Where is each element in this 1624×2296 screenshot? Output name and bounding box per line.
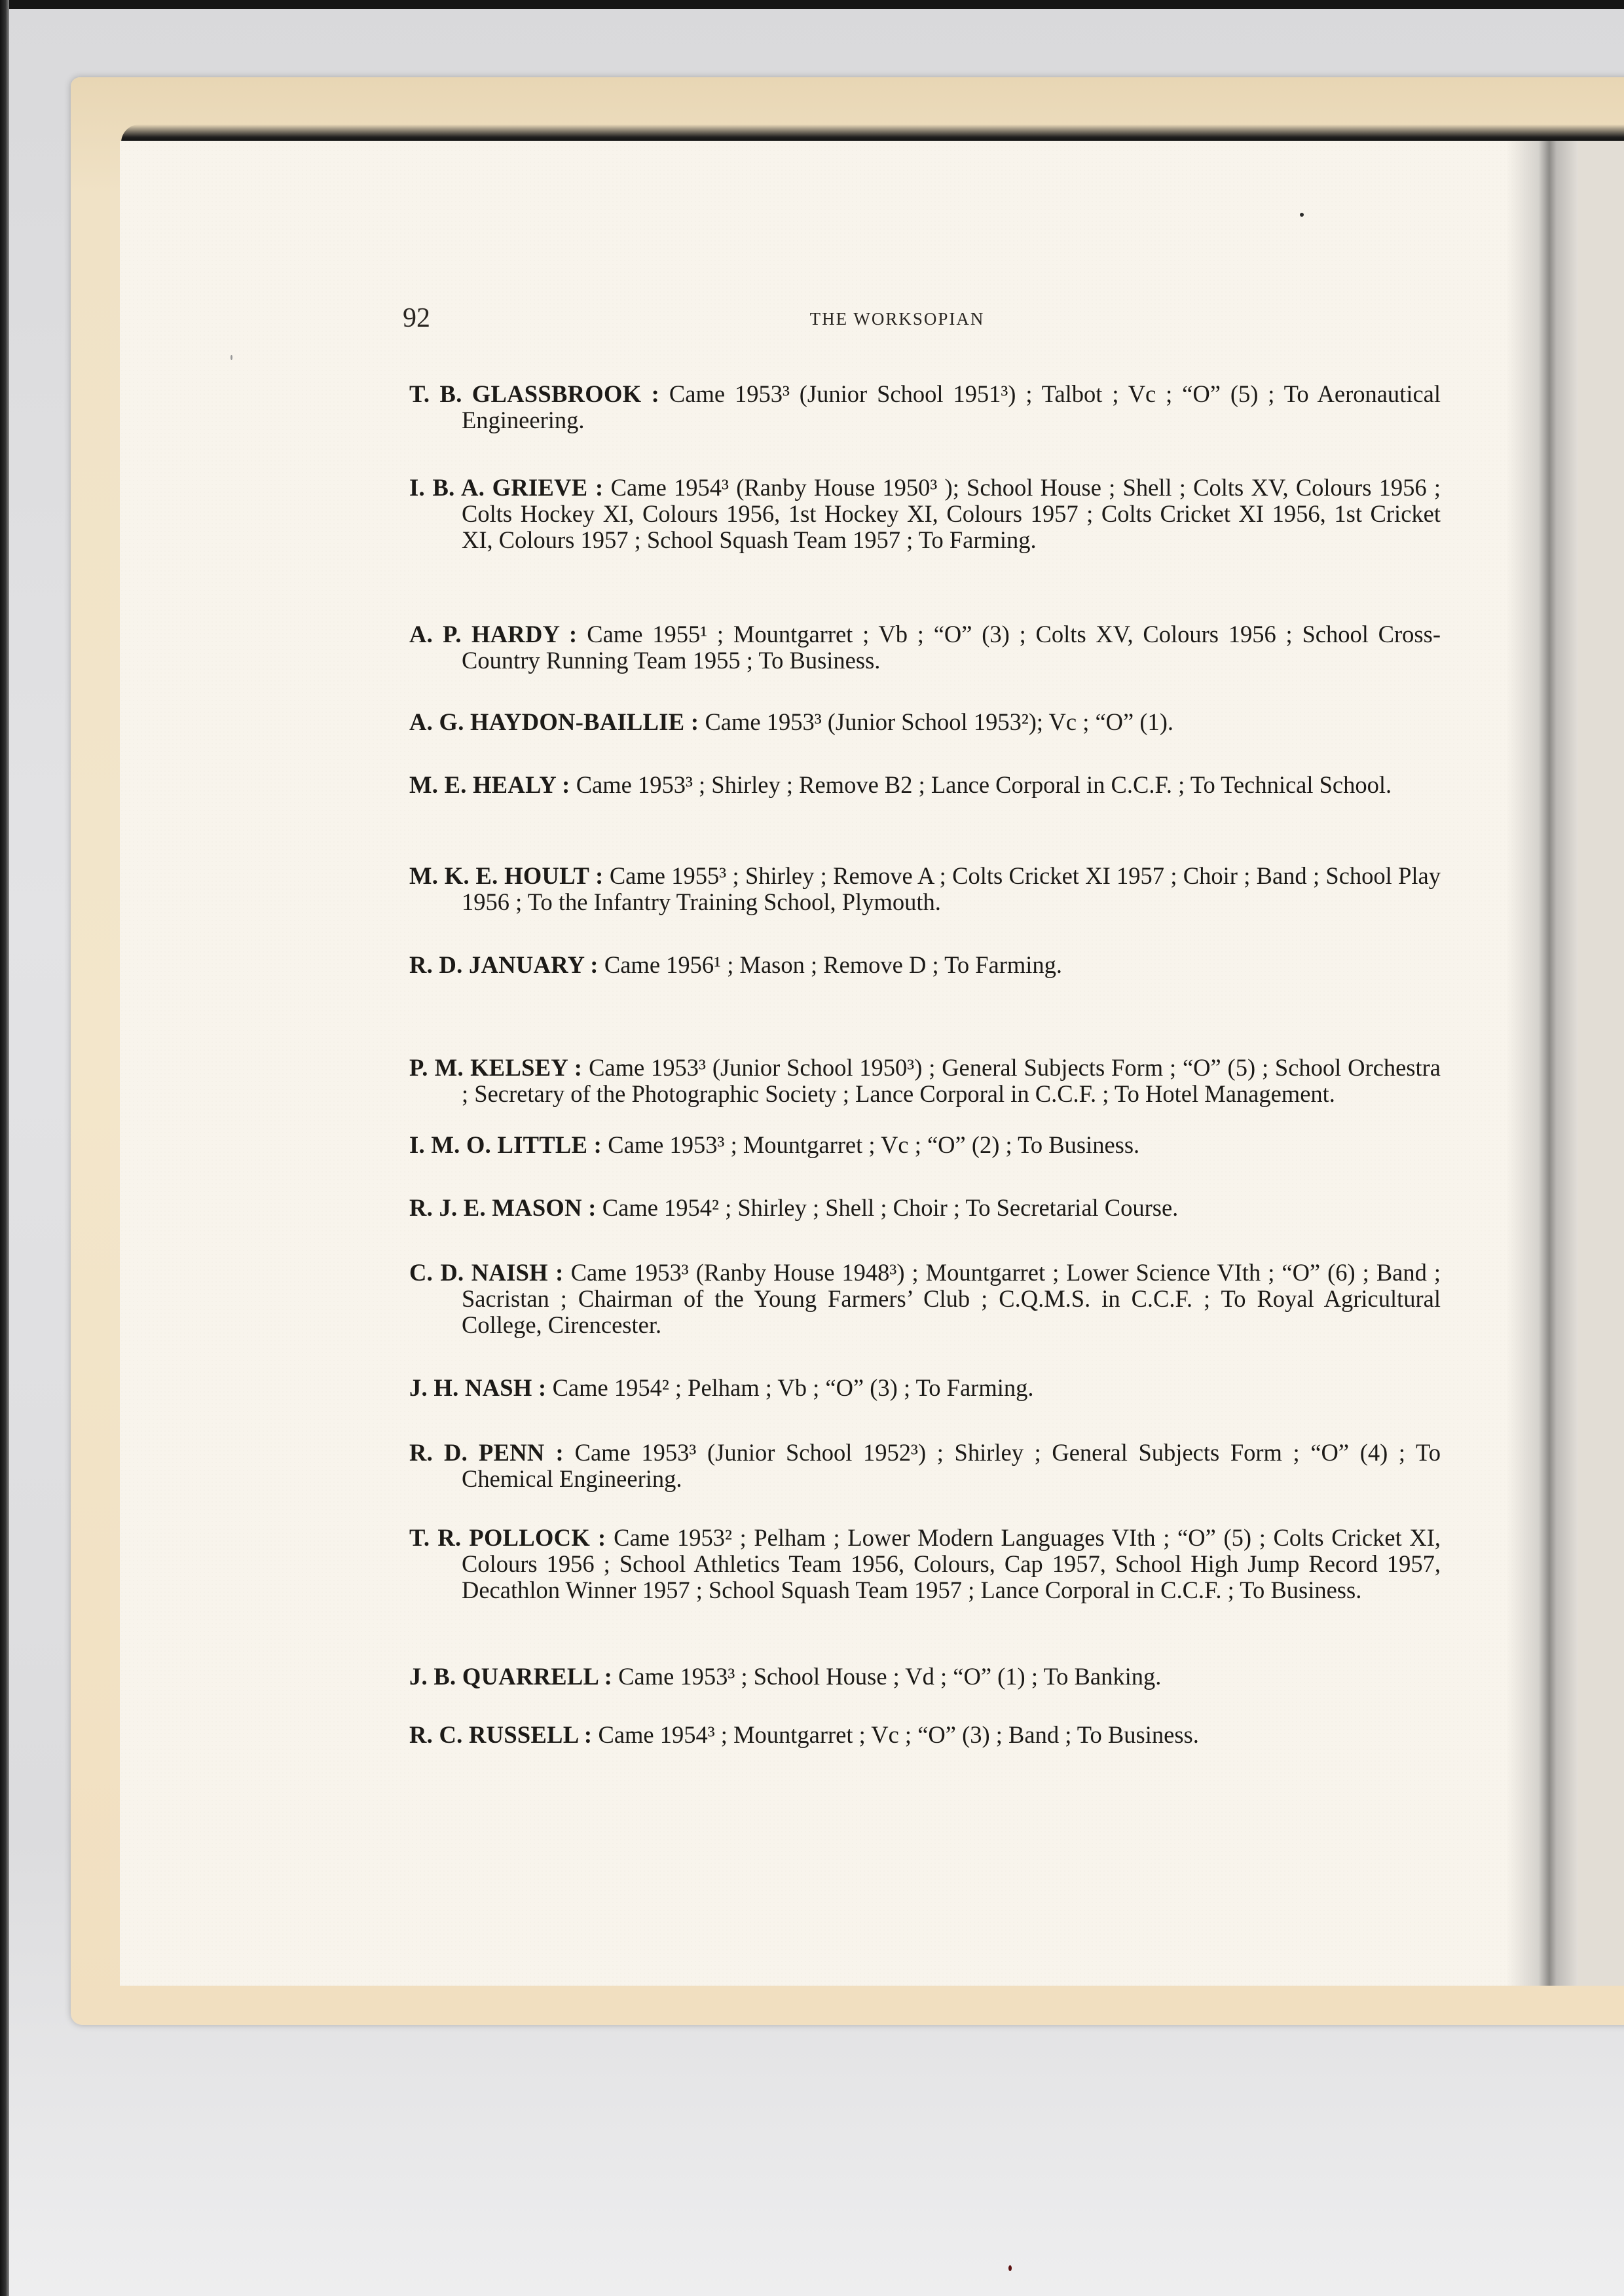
entry-text: Came 1953³ ; School House ; Vd ; “O” (1)… [618, 1663, 1161, 1690]
entry-name: R. C. RUSSELL : [409, 1721, 592, 1748]
entry-text: Came 1956¹ ; Mason ; Remove D ; To Farmi… [604, 951, 1062, 978]
entry-name: T. R. POLLOCK : [409, 1524, 606, 1551]
entry-text: Came 1953³ (Junior School 1953²); Vc ; “… [705, 708, 1173, 735]
entry-name: A. G. HAYDON-BAILLIE : [409, 708, 699, 735]
entry-kelsey: P. M. KELSEY : Came 1953³ (Junior School… [409, 1055, 1441, 1107]
entry-text: Came 1953³ (Ranby House 1948³) ; Mountga… [462, 1259, 1441, 1338]
entry-hardy: A. P. HARDY : Came 1955¹ ; Mountgarret ;… [409, 621, 1441, 674]
entry-quarrell: J. B. QUARRELL : Came 1953³ ; School Hou… [409, 1664, 1441, 1690]
facing-page-edge [1578, 141, 1624, 1986]
entry-little: I. M. O. LITTLE : Came 1953³ ; Mountgarr… [409, 1132, 1441, 1158]
entry-text: Came 1954³ ; Mountgarret ; Vc ; “O” (3) … [598, 1721, 1198, 1748]
page-number: 92 [403, 302, 430, 334]
entry-text: Came 1954² ; Shirley ; Shell ; Choir ; T… [602, 1194, 1179, 1221]
entry-glassbrook: T. B. GLASSBROOK : Came 1953³ (Junior Sc… [409, 381, 1441, 433]
entry-name: R. D. PENN : [409, 1439, 564, 1466]
cover-shadow [121, 124, 1624, 143]
entry-name: A. P. HARDY : [409, 621, 577, 647]
entry-text: Came 1953³ ; Shirley ; Remove B2 ; Lance… [576, 771, 1392, 798]
entry-name: T. B. GLASSBROOK : [409, 380, 659, 407]
entry-text: Came 1953³ (Junior School 1952³) ; Shirl… [462, 1439, 1441, 1492]
entry-name: I. M. O. LITTLE : [409, 1131, 602, 1158]
entry-hoult: M. K. E. HOULT : Came 1955³ ; Shirley ; … [409, 863, 1441, 915]
entry-name: R. D. JANUARY : [409, 951, 599, 978]
entry-penn: R. D. PENN : Came 1953³ (Junior School 1… [409, 1440, 1441, 1492]
entry-grieve: I. B. A. GRIEVE : Came 1954³ (Ranby Hous… [409, 475, 1441, 553]
entry-russell: R. C. RUSSELL : Came 1954³ ; Mountgarret… [409, 1722, 1441, 1748]
entry-haydon-baillie: A. G. HAYDON-BAILLIE : Came 1953³ (Junio… [409, 709, 1441, 735]
spine-gutter [1506, 141, 1578, 1986]
entry-healy: M. E. HEALY : Came 1953³ ; Shirley ; Rem… [409, 772, 1441, 798]
entry-name: R. J. E. MASON : [409, 1194, 597, 1221]
entry-nash: J. H. NASH : Came 1954² ; Pelham ; Vb ; … [409, 1375, 1441, 1401]
entry-name: C. D. NAISH : [409, 1259, 564, 1286]
entry-name: J. B. QUARRELL : [409, 1663, 612, 1690]
entry-name: P. M. KELSEY : [409, 1054, 582, 1081]
entry-january: R. D. JANUARY : Came 1956¹ ; Mason ; Rem… [409, 952, 1441, 978]
entry-text: Came 1953² ; Pelham ; Lower Modern Langu… [462, 1524, 1441, 1603]
entry-mason: R. J. E. MASON : Came 1954² ; Shirley ; … [409, 1195, 1441, 1221]
entry-text: Came 1955³ ; Shirley ; Remove A ; Colts … [462, 862, 1441, 915]
entry-text: Came 1954² ; Pelham ; Vb ; “O” (3) ; To … [553, 1374, 1034, 1401]
paper-speck [231, 355, 232, 360]
paper-speck [1008, 2265, 1012, 2271]
paper-speck [1300, 213, 1304, 217]
entry-naish: C. D. NAISH : Came 1953³ (Ranby House 19… [409, 1260, 1441, 1338]
entry-name: M. E. HEALY : [409, 771, 570, 798]
entry-pollock: T. R. POLLOCK : Came 1953² ; Pelham ; Lo… [409, 1525, 1441, 1603]
entry-name: M. K. E. HOULT : [409, 862, 604, 889]
scanner-edge-top [0, 0, 1624, 9]
entry-text: Came 1955¹ ; Mountgarret ; Vb ; “O” (3) … [462, 621, 1441, 674]
entry-name: I. B. A. GRIEVE : [409, 474, 603, 501]
entry-name: J. H. NASH : [409, 1374, 546, 1401]
scanner-edge-left [0, 0, 9, 2296]
entry-text: Came 1954³ (Ranby House 1950³ ); School … [462, 474, 1441, 553]
running-title: THE WORKSOPIAN [753, 309, 1041, 329]
entry-text: Came 1953³ ; Mountgarret ; Vc ; “O” (2) … [608, 1131, 1139, 1158]
entry-text: Came 1953³ (Junior School 1950³) ; Gener… [462, 1054, 1441, 1107]
